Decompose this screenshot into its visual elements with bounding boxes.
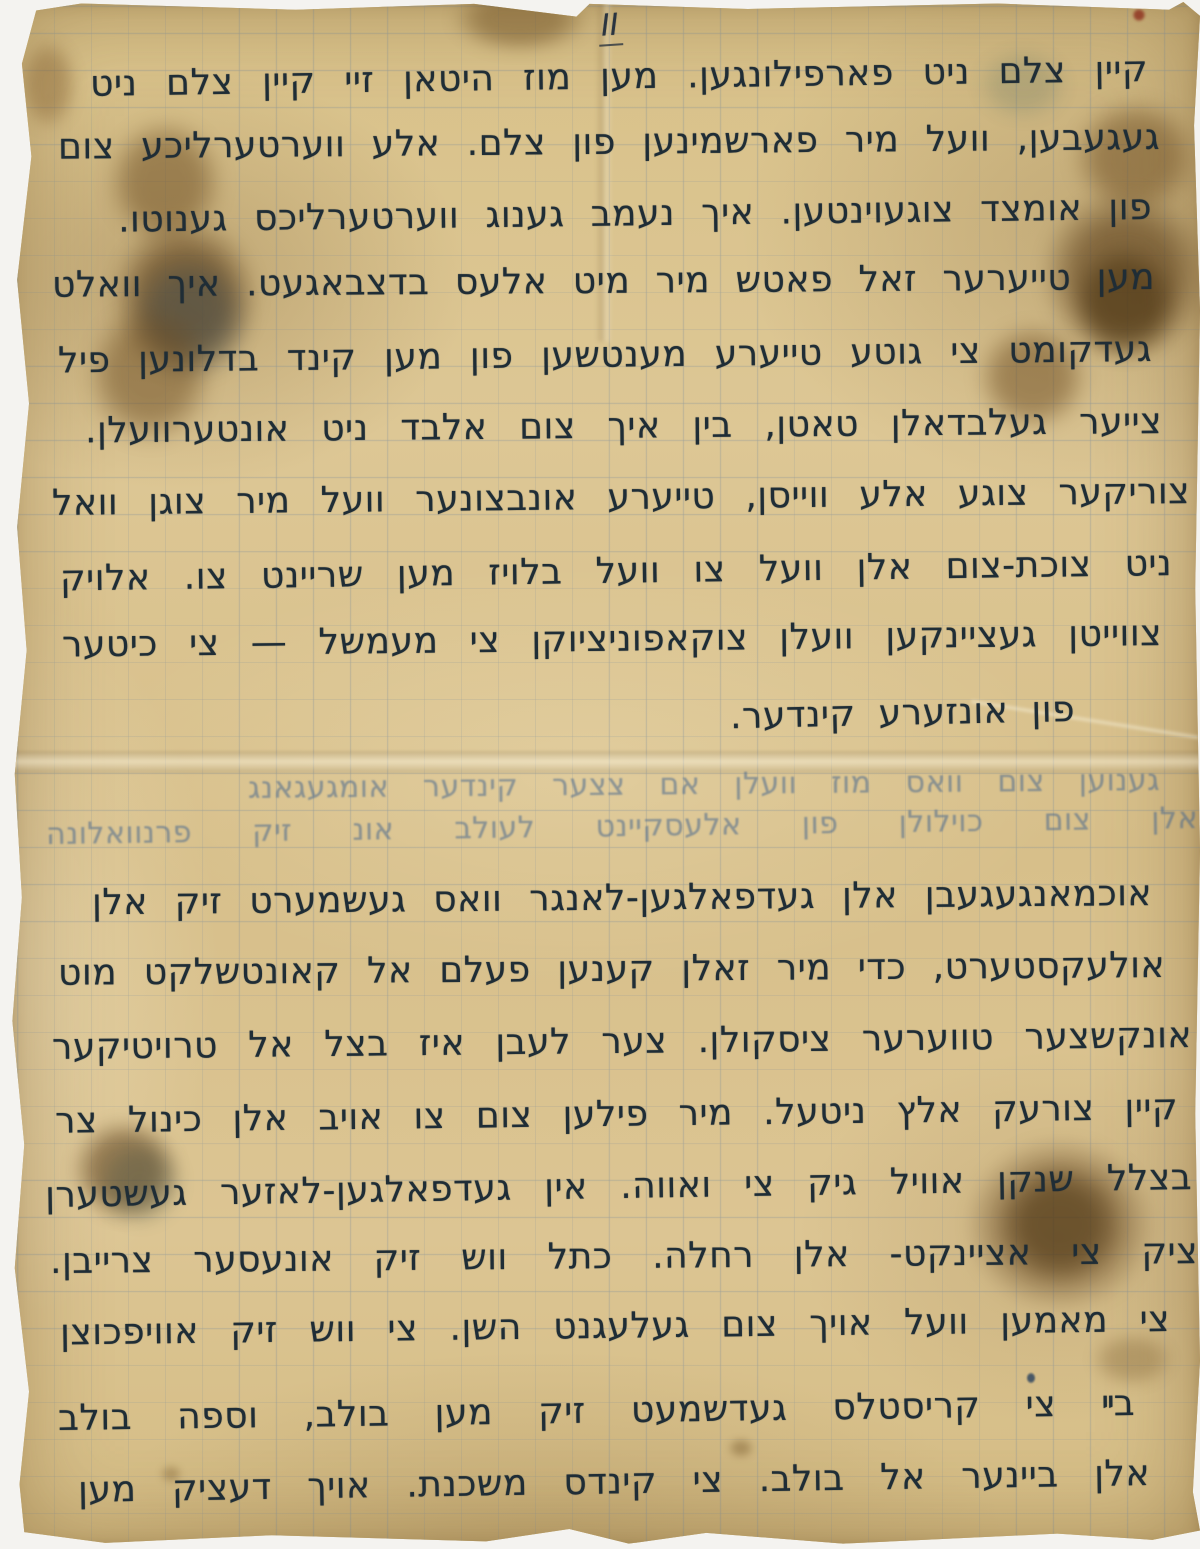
handwriting-line-faded: אלן צום כוילולן פון אלעסקיינט לעולב אונ … <box>46 802 1198 851</box>
handwriting-line: אוכמאנגעגעבן אלן געדפאלגען-לאנגר וואס גע… <box>92 874 1152 923</box>
handwriting-line-faded: גענוען צום וואס מוז וועלן אם צצער קינדער… <box>248 764 1160 805</box>
handwriting-line: צי מאמען וועל אויך צום געלעגנט השן. צי ו… <box>60 1300 1170 1353</box>
handwriting-line: ניט צוכת-צום אלן וועל צו וועל בלויז מען … <box>60 544 1172 599</box>
handwriting-line: געגעבען, וועל מיר פארשמינען פון צלם. אלע… <box>58 118 1160 167</box>
handwriting-line: בצלל שנקן אוויל גיק צי ואווה. אין געדפאל… <box>45 1158 1192 1216</box>
handwriting-line: אולעקסטערט, כדי מיר זאלן קענען פעלם אל ק… <box>58 946 1165 993</box>
handwriting-line: צייער געלבדאלן טאטן, בין איך צום אלבד ני… <box>85 402 1162 451</box>
handwriting-line: פון אומצד צוגעוינטען. איך נעמב גענוג ווע… <box>118 188 1152 240</box>
handwriting-line: בײ צי קריסטלס געדשמעט זיק מען בולב, וספה… <box>58 1384 1135 1439</box>
handwriting-line: צווייטן געציינקען וועלן צוקאפוניציוקן צי… <box>62 614 1162 665</box>
handwriting-line: אונקשצער טווערער ציסקולן. צער לעבן איז ב… <box>52 1016 1192 1068</box>
handwriting-line: ציק צי אציינקט- אלן רחלה. כתל ווש זיק או… <box>50 1232 1198 1282</box>
handwriting-line: קיין צורעק אלץ ניטעל. מיר פילען צום צו א… <box>55 1088 1178 1141</box>
handwriting-line: קיין צלם ניט פארפילונגען. מען מוז היטאן … <box>90 50 1148 104</box>
handwriting-line: אלן ביינער אל בולב. צי קינדס משכנת. אויך… <box>78 1454 1150 1510</box>
handwriting-line: געדקומט צי גוטע טייערע מענטשען פון מען ק… <box>58 330 1152 381</box>
handwriting-line: פון אונזערע קינדער. <box>730 690 1076 737</box>
scanned-letter-page: II קיין צלם ניט פארפילונגען. מען מוז היט… <box>0 0 1200 1549</box>
handwriting-line: צוריקער צוגע אלע ווייסן, טייערע אונבצונע… <box>52 472 1190 524</box>
handwriting-line: מען טייערער זאל פאטש מיר מיט אלעס בדצבאג… <box>52 258 1155 305</box>
handwriting-lines: קיין צלם ניט פארפילונגען. מען מוז היטאן … <box>10 2 1200 1546</box>
paper-sheet: II קיין צלם ניט פארפילונגען. מען מוז היט… <box>10 2 1200 1546</box>
